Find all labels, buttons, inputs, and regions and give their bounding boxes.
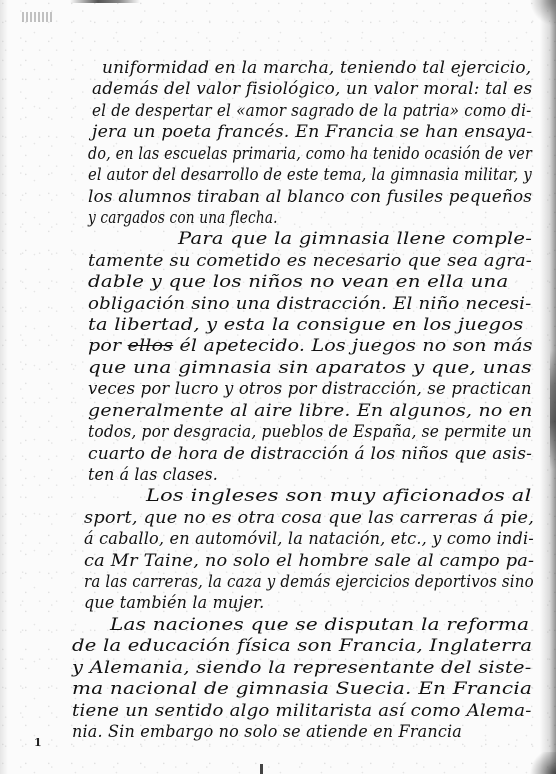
manuscript-line: tiene un sentido algo militarista así co… (72, 701, 532, 721)
manuscript-line: por ellos él apetecido. Los juegos no so… (88, 336, 533, 356)
manuscript-line: que también la mujer. (84, 593, 264, 613)
scan-left-shadow (0, 0, 8, 774)
manuscript-line: sport, que no es otra cosa que las carre… (84, 508, 534, 528)
line-text: él apetecido. Los juegos no son más (173, 336, 532, 356)
manuscript-line: cuarto de hora de distracción á los niño… (88, 444, 532, 464)
manuscript-line: obligación sino una distracción. El niño… (88, 294, 532, 314)
manuscript-line: á caballo, en automóvil, la natación, et… (84, 529, 534, 549)
manuscript-line: ra las carreras, la caza y demás ejercic… (84, 572, 534, 592)
manuscript-line: los alumnos tiraban al blanco con fusile… (88, 187, 532, 207)
manuscript-line: ta libertad, y esta la consigue en los j… (88, 315, 523, 335)
manuscript-line: y Alemania, siendo la representante del … (72, 658, 532, 678)
manuscript-line: ca Mr Taine, no solo el hombre sale al c… (84, 551, 534, 571)
scan-top-smudge (70, 0, 140, 3)
scan-bottom-mark (260, 764, 263, 774)
manuscript-line: nia. Sin embargo no solo se atiende en F… (72, 722, 462, 742)
scan-bottom-right-corner (516, 752, 556, 774)
manuscript-line: ten á las clases. (88, 465, 218, 485)
manuscript-line: jera un poeta francés. En Francia se han… (92, 122, 532, 142)
line-text: por (88, 336, 128, 356)
manuscript-line: todos, por desgracia, pueblos de España,… (88, 422, 532, 442)
manuscript-line: do, en las escuelas primaria, como ha te… (88, 144, 532, 164)
manuscript-line: que una gimnasia sin aparatos y que, una… (88, 358, 532, 378)
scan-right-edge-dark (550, 350, 556, 470)
manuscript-line: el de despertar el «amor sagrado de la p… (92, 101, 531, 121)
manuscript-line: de la educación física son Francia, Ingl… (72, 636, 532, 656)
manuscript-line: y cargados con una flecha. (88, 208, 278, 228)
manuscript-line: ma nacional de gimnasia Suecia. En Franc… (72, 679, 532, 699)
manuscript-line: veces por lucro y otros por distracción,… (88, 379, 532, 399)
manuscript-line: además del valor fisiológico, un valor m… (92, 79, 532, 99)
page-number: 1 (34, 736, 42, 749)
manuscript-line: tamente su cometido es necesario que sea… (88, 251, 532, 271)
scan-top-right-corner (530, 0, 556, 30)
manuscript-line: Los ingleses son muy aficionados al (146, 486, 531, 506)
manuscript-line: dable y que los niños no vean en ella un… (88, 272, 508, 292)
manuscript-line: Para que la gimnasia llene comple- (178, 229, 532, 249)
manuscript-line: generalmente al aire libre. En algunos, … (88, 401, 533, 421)
manuscript-line: Las naciones que se disputan la reforma (110, 615, 529, 635)
scan-corner-mark (22, 12, 52, 22)
manuscript-line: uniformidad en la marcha, teniendo tal e… (102, 58, 531, 78)
manuscript-line: el autor del desarrollo de este tema, la… (88, 165, 532, 185)
struck-word: ellos (128, 336, 174, 356)
manuscript-page: uniformidad en la marcha, teniendo tal e… (0, 0, 556, 774)
